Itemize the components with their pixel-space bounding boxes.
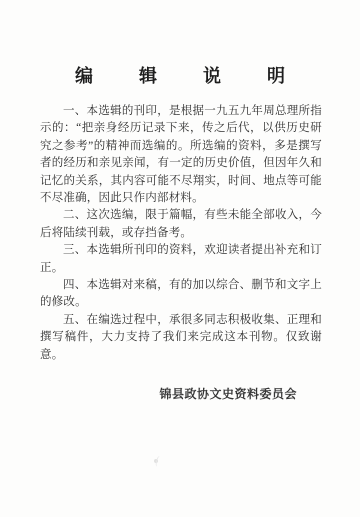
paragraph-3: 三、本选辑所刊印的资料，欢迎读者提出补充和订正。 <box>40 242 322 277</box>
scanned-document-page: 编 辑 说 明 一、本选辑的刊印，是根据一九五九年周总理所指示的：“把亲身经历记… <box>0 0 360 517</box>
paragraph-1: 一、本选辑的刊印，是根据一九五九年周总理所指示的：“把亲身经历记录下来，传之后代… <box>40 103 322 207</box>
signature-committee: 锦县政协文史资料委员会 <box>0 385 360 402</box>
document-title: 编 辑 说 明 <box>0 0 360 88</box>
paragraph-4: 四、本选辑对来稿，有的加以综合、删节和文字上的修改。 <box>40 277 322 312</box>
document-body: 一、本选辑的刊印，是根据一九五九年周总理所指示的：“把亲身经历记录下来，传之后代… <box>40 103 322 364</box>
paragraph-5: 五、在编选过程中，承很多同志积极收集、正理和撰写稿件，大力支持了我们来完成这本刊… <box>40 312 322 364</box>
paragraph-2: 二、这次选编，限于篇幅，有些未能全部收入，今后将陆续刊载，或存挡备考。 <box>40 207 322 242</box>
scan-smudge-mark <box>152 456 161 468</box>
